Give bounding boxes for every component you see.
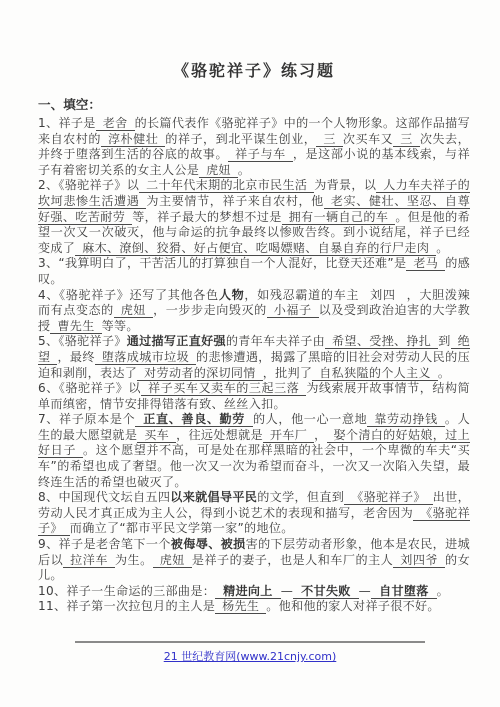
text-run: 。这个愿望并不高，可是处在那样黑暗的社会中，一个卑微的车夫“买车”的希望也成了奢…: [38, 443, 470, 488]
text-run: 为背景，以: [314, 178, 376, 192]
answer-blank: 虎妞: [114, 303, 153, 318]
page-footer: 21 世纪教育网(www.21cnjy.com): [0, 641, 500, 664]
document-page: 《骆驼祥子》练习题 一、填空： 1、祥子是老舍的长篇代表作《骆驼祥子》中的一个人…: [0, 0, 500, 707]
page-title: 《骆驼祥子》练习题: [38, 58, 470, 81]
text-run: 。: [436, 241, 448, 255]
text-run: —: [359, 584, 371, 598]
question-7: 7、祥子原本是个正直、善良、勤劳的人，他一心一意地靠劳动挣钱。人生的最大愿望就是…: [38, 412, 470, 490]
question-4: 4、《骆驼祥子》还写了其他各色人物，如残忍霸道的车主刘四，大胆泼辣而有点变态的虎…: [38, 288, 470, 335]
document-content: 《骆驼祥子》练习题 一、填空： 1、祥子是老舍的长篇代表作《骆驼祥子》中的一个人…: [0, 0, 500, 615]
answer-blank: 老舍: [96, 116, 135, 131]
answer-blank: 买车: [137, 428, 176, 443]
text-run: —: [281, 584, 293, 598]
question-8: 8、中国现代文坛自五四以来就倡导平民的文学，但直到《骆驼祥子》出世，劳动人民才真…: [38, 490, 470, 537]
answer-blank: 拥有一辆自己的车: [282, 210, 396, 225]
question-6: 6、《骆驼祥子》以祥子买车又卖车的三起三落为线索展开故事情节，结构简单而缜密，情…: [38, 381, 470, 412]
text-run: ，: [314, 428, 326, 442]
text-run: 通过描写正直好强: [127, 334, 226, 348]
text-run: 等，祥子最大的梦想不过是: [132, 210, 281, 224]
text-run: 的祥子，到北平谋生创业，: [165, 132, 316, 146]
text-run: 被侮辱、被损: [171, 537, 246, 551]
text-run: 4、《骆驼祥子》还写了其他各色: [38, 288, 219, 302]
text-run: 10、祥子一生命运的三部曲是：: [38, 584, 215, 598]
answer-blank: 正直、善良、勤劳: [135, 412, 253, 427]
text-run: 为生。: [115, 553, 153, 567]
text-run: ，最终: [57, 350, 94, 364]
answer-blank: 对劳动者的深切同情: [137, 366, 263, 381]
text-run: 以来就倡导平民: [170, 490, 257, 504]
answer-blank: 自甘堕落: [371, 584, 437, 599]
answer-blank: 麻木、潦倒、狡猾、好占便宜、吃喝嫖赌、自暴自弃的行尸走肉: [75, 241, 436, 256]
answer-blank: 祥子与车: [228, 147, 293, 162]
answer-blank: 刘四爷: [393, 553, 445, 568]
text-run: 9、祥子是老舍笔下一个: [38, 537, 171, 551]
text-run: 6、《骆驼祥子》以: [38, 381, 141, 395]
question-1: 1、祥子是老舍的长篇代表作《骆驼祥子》中的一个人物形象。这部作品描写来自农村的淳…: [38, 116, 470, 178]
question-3: 3、“我算明白了，干苦活儿的打算独自一个人混好，比登天还难”是老马的感叹。: [38, 256, 470, 287]
text-run: 为主要情节，祥子来自农村，他: [146, 194, 323, 208]
text-run: 2、《骆驼祥子》以: [38, 178, 139, 192]
question-2: 2、《骆驼祥子》以二十年代末期的北京市民生活为背景，以人力车夫祥子的坎坷悲惨生活…: [38, 178, 470, 256]
answer-blank: 小福子: [267, 303, 319, 318]
text-run: 。: [438, 366, 450, 380]
answer-blank: 二十年代末期的北京市民生活: [139, 178, 314, 193]
answer-blank: 曹先生: [50, 319, 101, 334]
answer-blank: 虎妞: [153, 553, 192, 568]
question-9: 9、祥子是老舍笔下一个被侮辱、被损害的下层劳动者形象，他本是农民，进城后以拉洋车…: [38, 537, 470, 584]
text-run: 到: [438, 334, 450, 348]
text-run: 8、中国现代文坛自五四: [38, 490, 170, 504]
text-run: 。: [238, 163, 250, 177]
answer-blank: 不甘失败: [293, 584, 359, 599]
footer-divider: [75, 641, 425, 643]
text-run: 等等。: [102, 319, 139, 333]
text-run: ，如残忍霸道的车主: [244, 288, 359, 302]
answer-blank: 堕落成城市垃圾: [95, 350, 196, 365]
text-run: 的文学，但直到: [257, 490, 344, 504]
section-heading: 一、填空：: [38, 94, 470, 113]
answer-blank: 刘四: [359, 288, 407, 302]
answer-blank: 淳朴健壮: [101, 132, 165, 147]
text-run: ，往远处想就是: [176, 428, 263, 442]
text-run: 1、祥子是: [38, 116, 96, 130]
answer-blank: 虎妞: [199, 163, 238, 178]
footer-link[interactable]: 21 世纪教育网(www.21cnjy.com): [164, 650, 337, 663]
answer-blank: 精进向上: [215, 584, 281, 599]
answer-blank: 三: [393, 132, 420, 147]
question-11: 11、祥子第一次拉包月的主人是杨先生。他和他的家人对祥子很不好。: [38, 599, 470, 615]
answer-blank: 三: [316, 132, 343, 147]
text-run: 11、祥子第一次拉包月的主人是: [38, 599, 215, 613]
text-run: 是祥子的妻子，也是人和车厂的主人: [192, 553, 393, 567]
answer-blank: 《骆驼祥子》: [344, 490, 433, 505]
text-run: 的青年车夫祥子由: [226, 334, 325, 348]
question-5: 5、《骆驼祥子》通过描写正直好强的青年车夫祥子由希望、受挫、挣扎到绝望，最终堕落…: [38, 334, 470, 381]
answer-blank: 希望、受挫、挣扎: [325, 334, 438, 349]
text-run: 5、《骆驼祥子》: [38, 334, 127, 348]
text-run: 次买车又: [343, 132, 393, 146]
questions-list: 1、祥子是老舍的长篇代表作《骆驼祥子》中的一个人物形象。这部作品描写来自农村的淳…: [38, 116, 470, 615]
answer-blank: 靠劳动挣钱: [367, 412, 445, 427]
answer-blank: 开车厂: [263, 428, 314, 443]
text-run: 。他和他的家人对祥子很不好。: [266, 599, 440, 613]
answer-blank: 拉洋车: [63, 553, 115, 568]
text-run: 7、祥子原本是个: [38, 412, 135, 426]
question-10: 10、祥子一生命运的三部曲是：精进向上—不甘失败—自甘堕落。: [38, 584, 470, 600]
answer-blank: 杨先生: [215, 599, 266, 614]
text-run: 而确立了“都市平民文学第一家”的地位。: [70, 521, 294, 535]
text-run: 的人，他一心一意地: [253, 412, 367, 426]
answer-blank: 自私狭隘的个人主义: [312, 366, 438, 381]
text-run: ，一步步走向毁灭的: [153, 303, 267, 317]
text-run: ，批判了: [263, 366, 313, 380]
text-run: 3、“我算明白了，干苦活儿的打算独自一个人混好，比登天还难”是: [38, 256, 406, 270]
answer-blank: 祥子买车又卖车的三起三落: [141, 381, 306, 396]
text-run: 。: [437, 584, 449, 598]
answer-blank: 老马: [406, 256, 445, 271]
text-run: 人物: [219, 288, 245, 302]
